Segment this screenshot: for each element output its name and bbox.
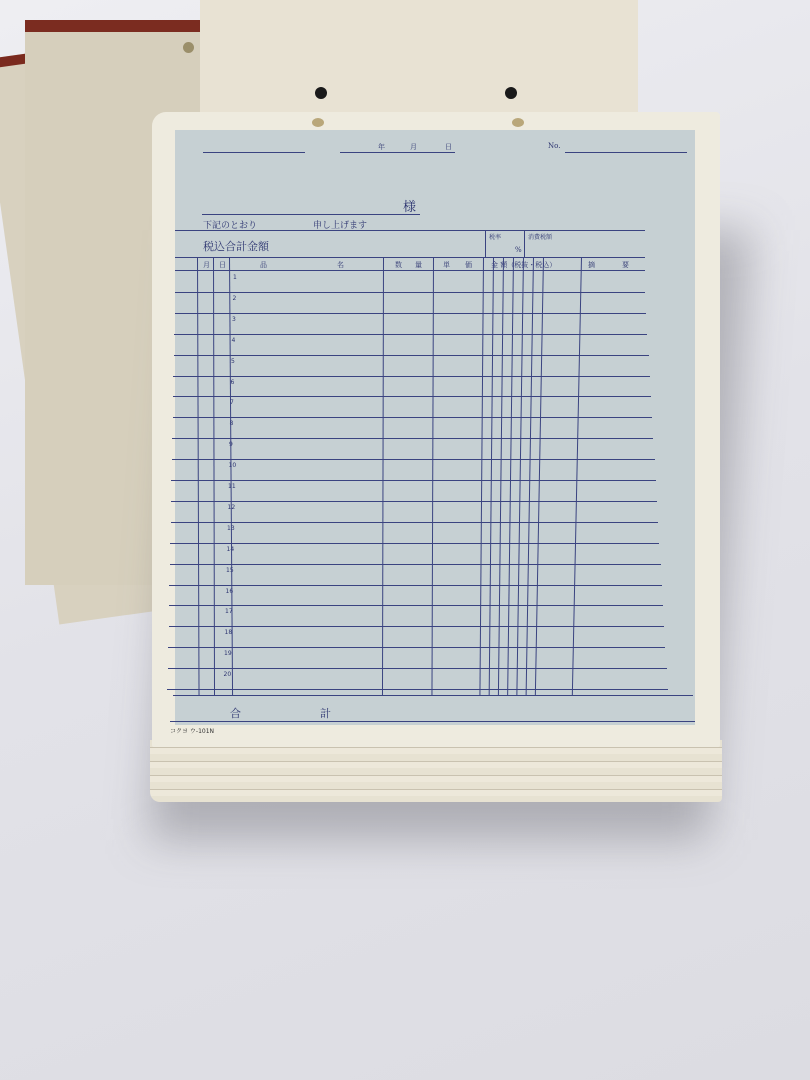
row-line <box>171 522 659 523</box>
column-line <box>535 257 544 695</box>
row-line <box>171 501 657 502</box>
row-line <box>171 480 655 481</box>
row-line <box>168 647 665 648</box>
column-line <box>382 257 384 695</box>
row-number: 19 <box>224 650 232 657</box>
row-line <box>174 334 647 335</box>
row-line <box>174 355 649 356</box>
row-number: 3 <box>232 316 236 323</box>
row-number: 2 <box>233 295 237 302</box>
col-remarks-2: 要 <box>622 260 629 270</box>
row-number: 6 <box>231 379 235 386</box>
row-line <box>175 292 645 293</box>
column-line <box>526 257 534 695</box>
row-line <box>170 543 659 544</box>
invoice-form: 年 月 日 No. 様 下記のとおり 申し上げます 税込合計金額 税率 % 消費… <box>175 130 695 725</box>
column-line <box>431 257 434 695</box>
column-line <box>572 257 582 695</box>
row-number: 15 <box>226 567 234 574</box>
row-line <box>168 668 667 669</box>
row-line <box>172 438 653 439</box>
month-label: 月 <box>410 142 417 152</box>
column-line <box>498 257 504 695</box>
back-sheet <box>200 0 638 115</box>
tax-rate-label: 税率 <box>489 232 501 241</box>
column-line <box>213 257 215 695</box>
addressee-suffix: 様 <box>403 196 416 215</box>
row-line <box>170 564 661 565</box>
col-item-1: 品 <box>260 260 267 270</box>
col-unit-1: 単 <box>443 260 450 270</box>
day-label: 日 <box>445 142 452 152</box>
column-line <box>197 257 200 695</box>
row-number: 11 <box>228 483 236 490</box>
col-month: 月 <box>203 260 210 270</box>
row-number: 1 <box>233 274 237 281</box>
column-line <box>479 257 484 695</box>
column-line <box>489 257 494 695</box>
column-line <box>516 257 524 695</box>
row-line <box>175 313 647 314</box>
total-label-1: 合 <box>230 705 241 721</box>
total-incl-tax-label: 税込合計金額 <box>203 238 269 254</box>
col-unit-2: 価 <box>465 260 472 270</box>
row-line <box>169 585 661 586</box>
col-day: 日 <box>219 260 226 270</box>
row-line <box>173 396 651 397</box>
consumption-tax-label: 消費税額 <box>528 232 552 241</box>
row-number: 5 <box>231 358 235 365</box>
row-line <box>167 689 667 690</box>
col-remarks-1: 摘 <box>588 260 595 270</box>
number-label: No. <box>548 142 560 150</box>
row-number: 4 <box>232 337 236 344</box>
page-stack-edge <box>150 740 722 802</box>
total-label-2: 計 <box>320 705 331 721</box>
year-label: 年 <box>378 142 385 152</box>
footer-code: コクヨ ウ-101N <box>170 726 214 735</box>
row-line <box>169 605 663 606</box>
row-line <box>173 417 653 418</box>
row-line <box>172 459 655 460</box>
col-qty-2: 量 <box>415 260 422 270</box>
column-line <box>507 257 514 695</box>
col-item-2: 名 <box>337 260 344 270</box>
percent-sign: % <box>515 246 522 254</box>
col-qty-1: 数 <box>395 260 402 270</box>
row-number: 20 <box>224 671 232 678</box>
row-line <box>169 626 665 627</box>
